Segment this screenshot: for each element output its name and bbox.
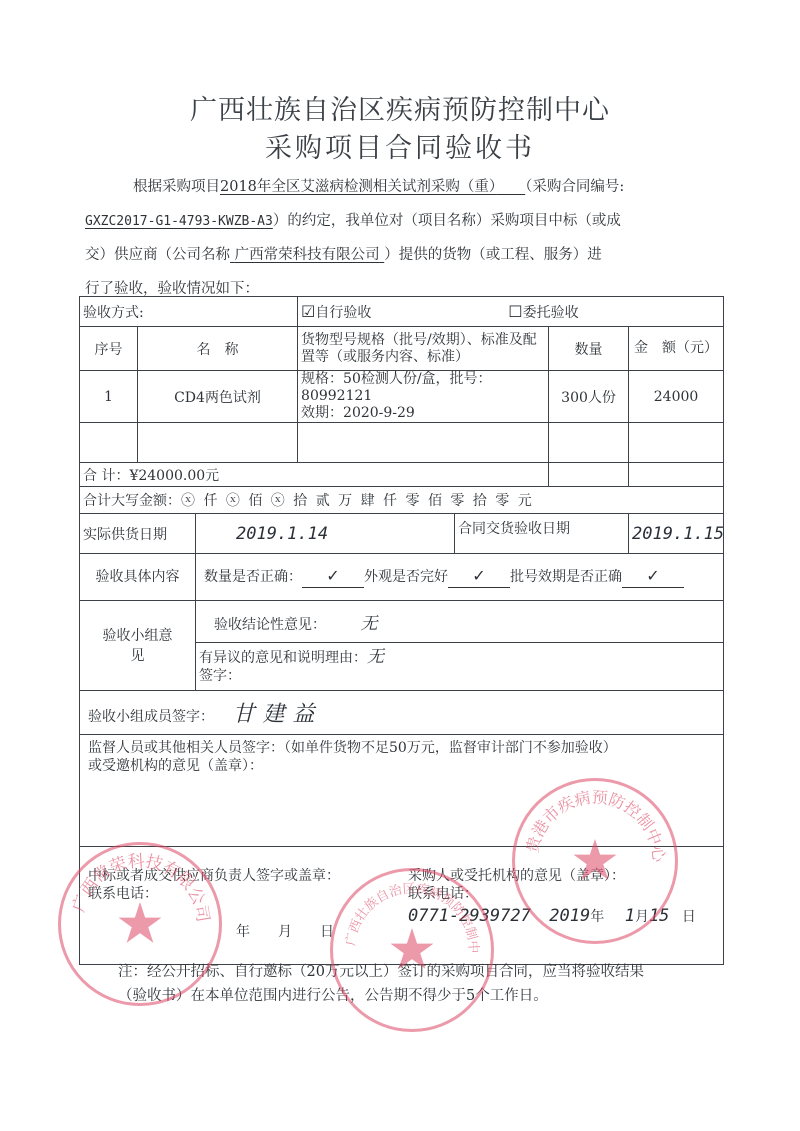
supervision-row: 监督人员或其他相关人员签字：（如单件货物不足50万元，监督审计部门不参加验收） …: [80, 735, 724, 847]
q-batch-check: ✓: [622, 569, 684, 588]
supervision-line2: 或受邀机构的意见（盖章）：: [88, 757, 715, 775]
col-seq: 序号: [80, 327, 138, 371]
conclusion-value: 无: [360, 614, 377, 634]
members-label: 验收小组成员签字：: [88, 709, 214, 725]
members-row: 验收小组成员签字： 甘建益: [80, 691, 724, 735]
month-char: 月: [635, 909, 649, 925]
buyer-year: 2019: [549, 906, 590, 926]
intro-contract-label: （采购合同编号:: [525, 179, 624, 195]
contract-number: GXZC2017-G1-4793-KWZB-A3: [85, 214, 273, 229]
members-signature: 甘建益: [232, 702, 322, 727]
inspection-label: 验收具体内容: [80, 554, 196, 601]
contract-date-label: 合同交货验收日期: [455, 514, 629, 554]
q-appearance-check: ✓: [448, 569, 510, 588]
self-check-checkbox[interactable]: ☑: [301, 302, 315, 321]
supplier-phone-label: 联系电话：: [88, 885, 408, 903]
table-row: [80, 423, 724, 463]
row-name: CD4两色试剂: [138, 371, 298, 423]
self-check-label: 自行验收: [315, 305, 371, 321]
group-opinion-label: 验收小组意见: [80, 601, 196, 691]
intro-paragraph: 根据采购项目2018年全区艾滋病检测相关试剂采购（重） （采购合同编号: GXZ…: [85, 170, 710, 306]
objection-value: 无: [367, 647, 384, 667]
row-name: [138, 423, 298, 463]
method-label: 验收方式:: [80, 297, 298, 327]
intro-prefix: 根据采购项目: [133, 179, 220, 195]
supplier-name-text: 广西常荣科技有限公司: [235, 247, 380, 263]
row-spec-line1: 规格：50检测人份/盒，批号：80992121: [301, 371, 545, 405]
table-row: 1 CD4两色试剂 规格：50检测人份/盒，批号：80992121效期：2020…: [80, 371, 724, 423]
entrust-checkbox[interactable]: ☐: [508, 302, 522, 321]
row-spec: 规格：50检测人份/盒，批号：80992121效期：2020-9-29: [298, 371, 549, 423]
buyer-opinion-label: 采购人或受托机构的意见（盖章）：: [408, 867, 715, 885]
objection-label: 有异议的意见和说明理由：: [199, 650, 367, 666]
footnote-line1: 注：经公开招标、自行邀标（20万元以上）签订的采购项目合同，应当将验收结果: [118, 960, 738, 984]
intro-line3-suffix: ）提供的货物（或工程、服务）进: [384, 247, 602, 263]
inspection-row: 验收具体内容 数量是否正确：✓外观是否完好✓批号效期是否正确✓: [80, 554, 724, 601]
dates-row: 实际供货日期 2019.1.14 合同交货验收日期 2019.1.15: [80, 514, 724, 554]
col-spec: 货物型号规格（批号/效期）、标准及配置等（或服务内容、标准）: [298, 327, 549, 371]
total-row: 合 计：¥24000.00元: [80, 463, 724, 487]
col-qty: 数量: [549, 327, 629, 371]
row-spec: [298, 423, 549, 463]
intro-line3-prefix: 交）供应商（公司名称: [85, 247, 230, 263]
capital-row: 合计大写金额：ⓧ 仟 ⓧ 佰 ⓧ 拾 贰 万 肆 仟 零 佰 零 拾 零 元: [80, 487, 724, 514]
year-char: 年: [590, 909, 604, 925]
row-qty: [549, 423, 629, 463]
buyer-phone-label: 联系电话：: [408, 885, 715, 903]
footnote-line2: （验收书）在本单位范围内进行公告，公告期不得少于5个工作日。: [118, 984, 738, 1008]
row-amount: 24000: [629, 371, 724, 423]
supplier-date: 年 月 日: [88, 923, 408, 941]
row-seq: [80, 423, 138, 463]
entrust-label: 委托验收: [523, 305, 579, 321]
project-name: 2018年全区艾滋病检测相关试剂采购（重）: [220, 179, 496, 195]
q-quantity-check: ✓: [302, 569, 364, 588]
conclusion-row: 验收小组意见 验收结论性意见： 无: [80, 601, 724, 643]
inspection-content: 数量是否正确：✓外观是否完好✓批号效期是否正确✓: [196, 554, 724, 601]
total-value: ¥24000.00元: [129, 468, 219, 484]
buyer-day: 15: [649, 906, 669, 926]
total-cell: 合 计：¥24000.00元: [80, 463, 549, 487]
supervision-line1: 监督人员或其他相关人员签字：（如单件货物不足50万元，监督审计部门不参加验收）: [88, 739, 715, 757]
supplier-sign-label: 中标或者成交供应商负责人签字或盖章：: [88, 867, 408, 885]
buyer-month: 1: [625, 906, 635, 926]
supplier-name: 广西常荣科技有限公司: [230, 247, 384, 263]
total-empty-qty: [549, 463, 629, 487]
q-appearance-label: 外观是否完好: [364, 569, 448, 585]
contract-date-value: 2019.1.15: [629, 514, 724, 554]
method-row: 验收方式: ☑自行验收 ☐委托验收: [80, 297, 724, 327]
capital-value: ⓧ 仟 ⓧ 佰 ⓧ 拾 贰 万 肆 仟 零 佰 零 拾 零 元: [181, 493, 534, 509]
intro-line2: ）的约定，我单位对（项目名称）采购项目中标（或成: [273, 213, 621, 229]
q-batch-label: 批号效期是否正确: [510, 569, 622, 585]
objection-sign-label: 签字：: [199, 667, 720, 685]
total-label: 合 计：: [83, 468, 129, 484]
row-seq: 1: [80, 371, 138, 423]
day-char: 日: [682, 909, 696, 925]
footnote: 注：经公开招标、自行邀标（20万元以上）签订的采购项目合同，应当将验收结果 （验…: [118, 960, 738, 1008]
col-amount: 金 额（元）: [629, 327, 724, 371]
conclusion-label: 验收结论性意见：: [214, 617, 326, 633]
capital-label: 合计大写金额：: [83, 493, 181, 509]
buyer-phone-value: 0771-2939727: [408, 906, 531, 926]
total-empty-amount: [629, 463, 724, 487]
col-name: 名 称: [138, 327, 298, 371]
q-quantity-label: 数量是否正确：: [204, 569, 302, 585]
row-amount: [629, 423, 724, 463]
items-header-row: 序号 名 称 货物型号规格（批号/效期）、标准及配置等（或服务内容、标准） 数量…: [80, 327, 724, 371]
actual-date-value: 2019.1.14: [196, 514, 455, 554]
acceptance-form: 验收方式: ☑自行验收 ☐委托验收 序号 名 称 货物型号规格（批号/效期）、标…: [79, 296, 724, 965]
document-title: 采购项目合同验收书: [0, 126, 800, 165]
row-qty: 300人份: [549, 371, 629, 423]
signoff-row: 中标或者成交供应商负责人签字或盖章： 联系电话： 年 月 日 采购人或受托机构的…: [80, 847, 724, 965]
org-title: 广西壮族自治区疾病预防控制中心: [0, 88, 800, 127]
row-spec-line2: 效期：2020-9-29: [301, 405, 545, 422]
actual-date-label: 实际供货日期: [80, 514, 196, 554]
